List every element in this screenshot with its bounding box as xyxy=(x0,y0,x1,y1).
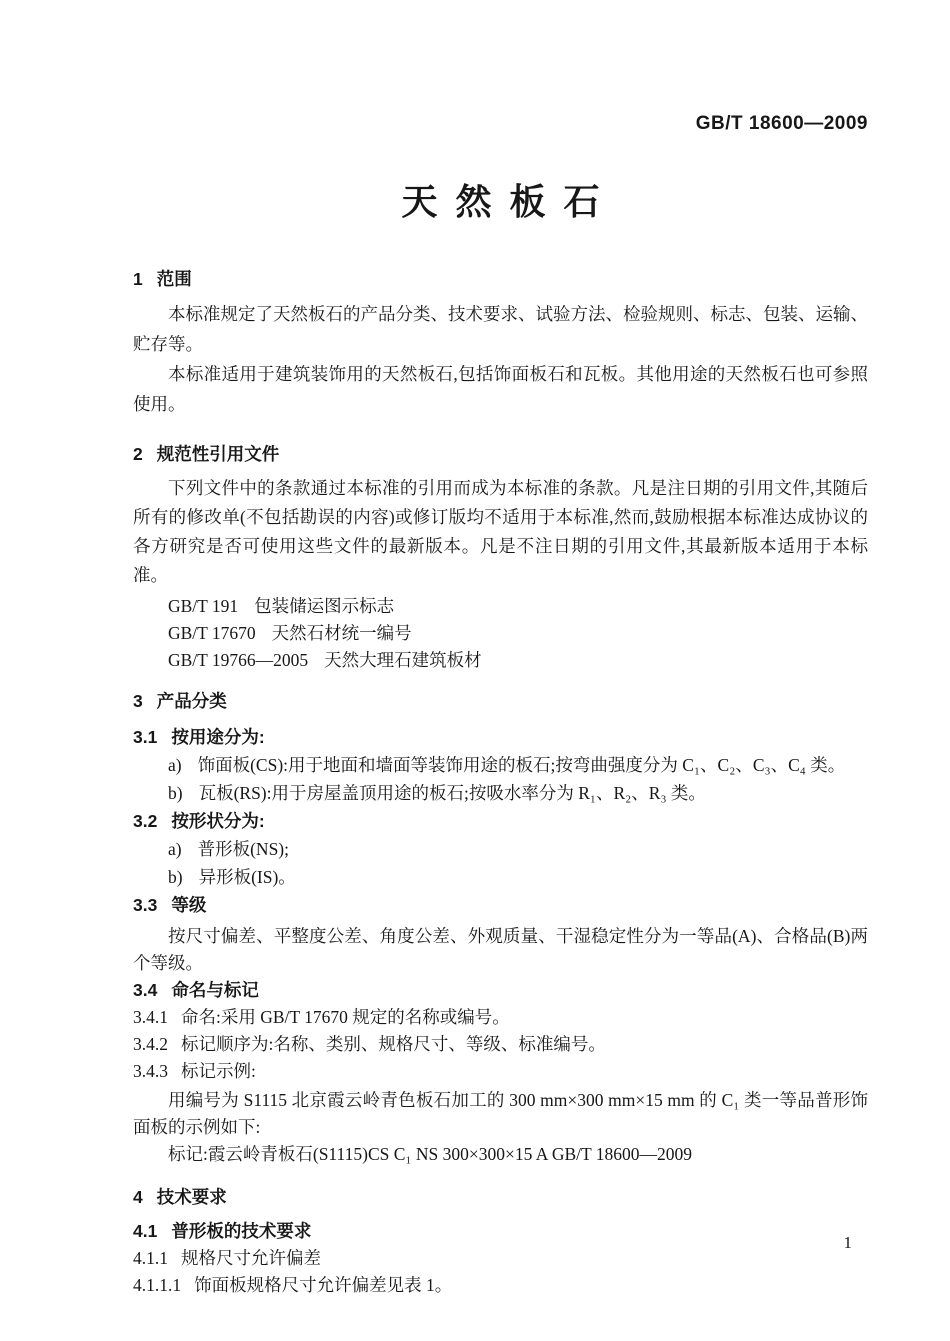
section-2-title: 规范性引用文件 xyxy=(157,444,280,464)
clause-3-3-title: 等级 xyxy=(171,895,206,915)
clause-4-1-1-1: 4.1.1.1饰面板规格尺寸允许偏差见表 1。 xyxy=(133,1272,868,1299)
list-item-b: b)异形板(IS)。 xyxy=(133,863,868,891)
clause-3-3-heading: 3.3等级 xyxy=(133,891,868,919)
clause-3-4-3: 3.4.3标记示例: xyxy=(133,1058,868,1085)
section-1-title: 范围 xyxy=(157,269,192,289)
section-4-title: 技术要求 xyxy=(157,1187,227,1207)
list-item-label: b) xyxy=(168,867,183,887)
page-number: 1 xyxy=(844,1233,853,1253)
list-item-text: 异形板(IS)。 xyxy=(199,867,296,887)
clause-4-1-title: 普形板的技术要求 xyxy=(171,1221,311,1241)
section-4-number: 4 xyxy=(133,1187,143,1207)
normative-references: GB/T 191包装储运图示标志 GB/T 17670天然石材统一编号 GB/T… xyxy=(133,593,868,674)
reference-title: 包装储运图示标志 xyxy=(254,596,394,616)
clause-3-4-number: 3.4 xyxy=(133,980,157,1000)
reference-item: GB/T 19766—2005天然大理石建筑板材 xyxy=(133,647,868,674)
list-item-label: a) xyxy=(168,755,182,775)
clause-number: 3.4.1 xyxy=(133,1007,168,1027)
section-2-heading: 2规范性引用文件 xyxy=(133,441,868,467)
clause-3-2-number: 3.2 xyxy=(133,811,157,831)
reference-title: 天然大理石建筑板材 xyxy=(324,650,482,670)
document-page: GB/T 18600—2009 天然板石 1范围 本标准规定了天然板石的产品分类… xyxy=(0,0,950,1341)
document-title: 天然板石 xyxy=(133,178,868,226)
reference-item: GB/T 191包装储运图示标志 xyxy=(133,593,868,620)
clause-3-2-title: 按形状分为: xyxy=(171,811,264,831)
section-1-paragraph-1: 本标准规定了天然板石的产品分类、技术要求、试验方法、检验规则、标志、包装、运输、… xyxy=(133,299,868,359)
section-3-heading: 3产品分类 xyxy=(133,688,868,714)
list-item-b: b)瓦板(RS):用于房屋盖顶用途的板石;按吸水率分为 R₁、R₂、R₃ 类。 xyxy=(133,779,868,807)
reference-code: GB/T 19766—2005 xyxy=(168,650,308,670)
standard-code: GB/T 18600—2009 xyxy=(133,112,868,136)
marking-example: 标记:霞云岭青板石(S1115)CS C₁ NS 300×300×15 A GB… xyxy=(133,1141,868,1168)
clause-4-1-number: 4.1 xyxy=(133,1221,157,1241)
clause-number: 3.4.3 xyxy=(133,1061,168,1081)
list-item-text: 饰面板(CS):用于地面和墙面等装饰用途的板石;按弯曲强度分为 C₁、C₂、C₃… xyxy=(198,755,846,775)
section-4-heading: 4技术要求 xyxy=(133,1184,868,1210)
clause-3-4-1: 3.4.1命名:采用 GB/T 17670 规定的名称或编号。 xyxy=(133,1004,868,1031)
list-item-a: a)饰面板(CS):用于地面和墙面等装饰用途的板石;按弯曲强度分为 C₁、C₂、… xyxy=(133,751,868,779)
list-item-label: b) xyxy=(168,783,183,803)
clause-text: 规格尺寸允许偏差 xyxy=(181,1248,321,1268)
list-item-text: 瓦板(RS):用于房屋盖顶用途的板石;按吸水率分为 R₁、R₂、R₃ 类。 xyxy=(199,783,706,803)
list-item-a: a)普形板(NS); xyxy=(133,835,868,863)
clause-number: 4.1.1 xyxy=(133,1248,168,1268)
clause-3-1-title: 按用途分为: xyxy=(171,727,264,747)
section-1-number: 1 xyxy=(133,269,143,289)
section-1-paragraph-2: 本标准适用于建筑装饰用的天然板石,包括饰面板石和瓦板。其他用途的天然板石也可参照… xyxy=(133,359,868,419)
clause-text: 命名:采用 GB/T 17670 规定的名称或编号。 xyxy=(181,1007,510,1027)
section-3-number: 3 xyxy=(133,691,143,711)
section-2-paragraph: 下列文件中的条款通过本标准的引用而成为本标准的条款。凡是注日期的引用文件,其随后… xyxy=(133,474,868,590)
section-3-title: 产品分类 xyxy=(157,691,227,711)
reference-title: 天然石材统一编号 xyxy=(272,623,412,643)
section-1-heading: 1范围 xyxy=(133,266,868,292)
clause-3-4-title: 命名与标记 xyxy=(171,980,259,1000)
reference-item: GB/T 17670天然石材统一编号 xyxy=(133,620,868,647)
clause-3-2-heading: 3.2按形状分为: xyxy=(133,807,868,835)
clause-4-1-1: 4.1.1规格尺寸允许偏差 xyxy=(133,1245,868,1272)
list-item-text: 普形板(NS); xyxy=(198,839,289,859)
clause-3-4-2: 3.4.2标记顺序为:名称、类别、规格尺寸、等级、标准编号。 xyxy=(133,1031,868,1058)
section-2-number: 2 xyxy=(133,444,143,464)
list-item-label: a) xyxy=(168,839,182,859)
reference-code: GB/T 17670 xyxy=(168,623,256,643)
clause-3-3-number: 3.3 xyxy=(133,895,157,915)
clause-text: 饰面板规格尺寸允许偏差见表 1。 xyxy=(194,1275,452,1295)
clause-3-3-paragraph: 按尺寸偏差、平整度公差、角度公差、外观质量、干湿稳定性分为一等品(A)、合格品(… xyxy=(133,923,868,977)
clause-text: 标记示例: xyxy=(181,1061,256,1081)
clause-3-4-heading: 3.4命名与标记 xyxy=(133,977,868,1004)
marking-example-intro: 用编号为 S1115 北京霞云岭青色板石加工的 300 mm×300 mm×15… xyxy=(133,1087,868,1141)
reference-code: GB/T 191 xyxy=(168,596,238,616)
clause-number: 4.1.1.1 xyxy=(133,1275,181,1295)
clause-3-1-heading: 3.1按用途分为: xyxy=(133,723,868,751)
clause-number: 3.4.2 xyxy=(133,1034,168,1054)
clause-3-1-number: 3.1 xyxy=(133,727,157,747)
clause-4-1-heading: 4.1普形板的技术要求 xyxy=(133,1218,868,1245)
clause-text: 标记顺序为:名称、类别、规格尺寸、等级、标准编号。 xyxy=(181,1034,606,1054)
